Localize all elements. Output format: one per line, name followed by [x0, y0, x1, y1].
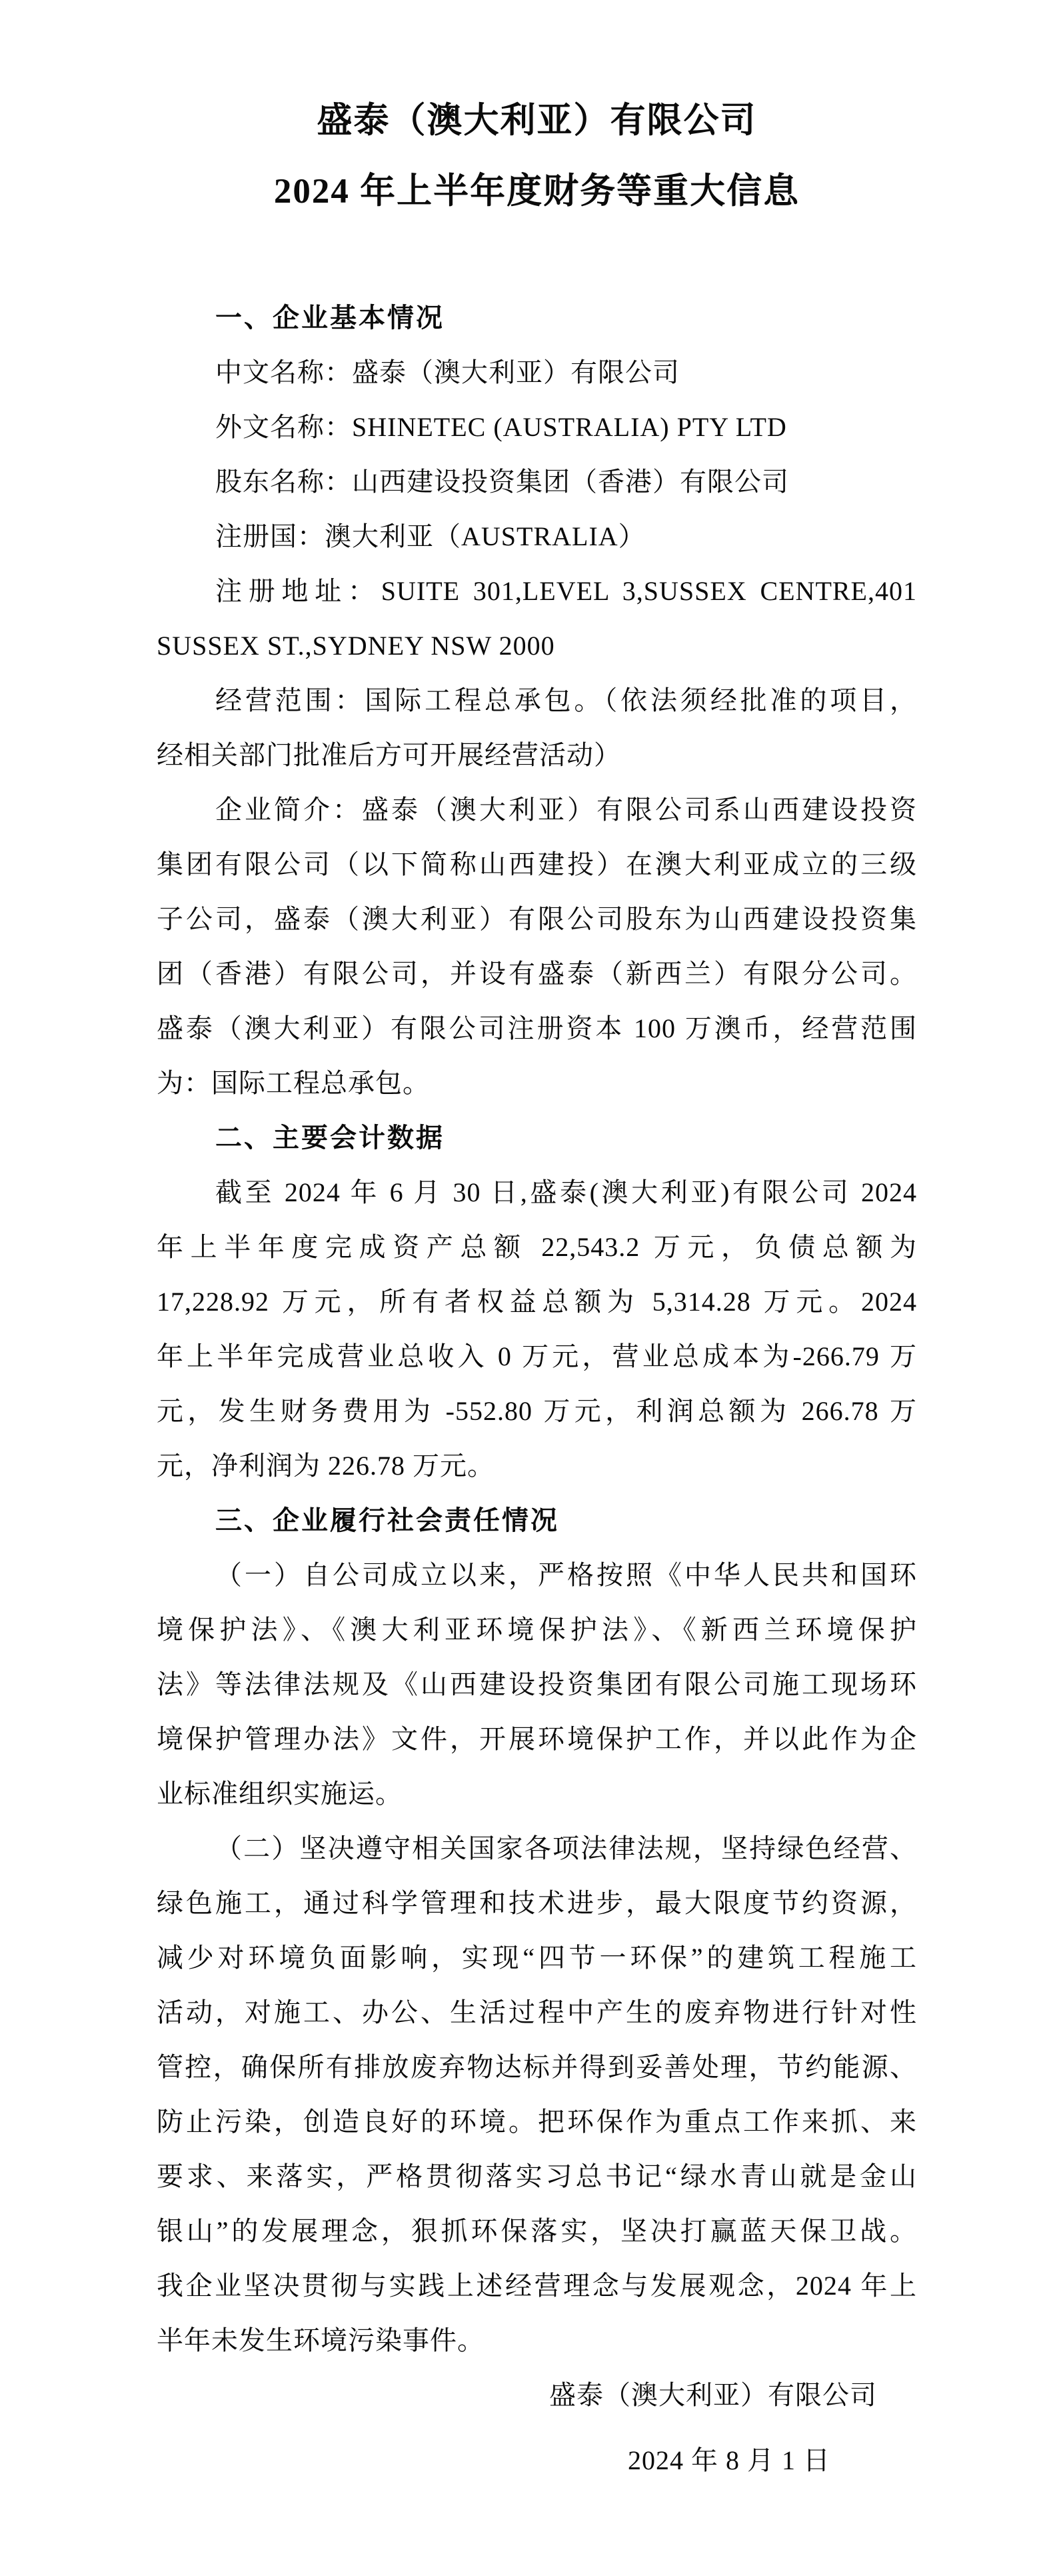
body-line-responsibility-10: 管控，确保所有排放废弃物达标并得到妥善处理，节约能源、 — [157, 2040, 917, 2095]
body-line-responsibility-12: 要求、来落实，严格贯彻落实习总书记“绿水青山就是金山 — [157, 2149, 917, 2204]
body-line-responsibility-15: 半年未发生环境污染事件。 — [157, 2313, 917, 2368]
body-line-responsibility-11: 防止污染，创造良好的环境。把环保作为重点工作来抓、来 — [157, 2095, 917, 2149]
section-1-heading: 一、企业基本情况 — [157, 291, 917, 345]
body-line-company-profile-2: 集团有限公司（以下简称山西建投）在澳大利亚成立的三级 — [157, 837, 917, 892]
body-line-registered-address-1: 注册地址：SUITE 301,LEVEL 3,SUSSEX CENTRE,401 — [157, 564, 917, 619]
body-line-chinese-name: 中文名称：盛泰（澳大利亚）有限公司 — [157, 345, 917, 400]
signature-date: 2024 年 8 月 1 日 — [157, 2433, 917, 2488]
body-line-responsibility-14: 我企业坚决贯彻与实践上述经营理念与发展观念，2024 年上 — [157, 2259, 917, 2313]
body-line-business-scope-1: 经营范围：国际工程总承包。（依法须经批准的项目， — [157, 673, 917, 728]
document-body: 一、企业基本情况 中文名称：盛泰（澳大利亚）有限公司 外文名称：SHINETEC… — [157, 291, 917, 2488]
body-line-registration-country: 注册国：澳大利亚（AUSTRALIA） — [157, 509, 917, 564]
body-line-accounting-2: 年上半年度完成资产总额 22,543.2 万元，负债总额为 — [157, 1220, 917, 1275]
body-line-responsibility-2: 境保护法》、《澳大利亚环境保护法》、《新西兰环境保护 — [157, 1603, 917, 1657]
body-line-responsibility-13: 银山”的发展理念，狠抓环保落实，坚决打赢蓝天保卫战。 — [157, 2204, 917, 2259]
body-line-responsibility-5: 业标准组织实施运。 — [157, 1767, 917, 1821]
body-line-responsibility-7: 绿色施工，通过科学管理和技术进步，最大限度节约资源， — [157, 1876, 917, 1931]
body-line-responsibility-8: 减少对环境负面影响，实现“四节一环保”的建筑工程施工 — [157, 1931, 917, 1985]
body-line-company-profile-1: 企业简介：盛泰（澳大利亚）有限公司系山西建设投资 — [157, 783, 917, 837]
body-line-company-profile-4: 团（香港）有限公司，并设有盛泰（新西兰）有限分公司。 — [157, 947, 917, 1001]
body-line-company-profile-3: 子公司，盛泰（澳大利亚）有限公司股东为山西建设投资集 — [157, 892, 917, 947]
document-title-line-1: 盛泰（澳大利亚）有限公司 — [157, 85, 917, 156]
section-2-heading: 二、主要会计数据 — [157, 1111, 917, 1165]
body-line-responsibility-3: 法》等法律法规及《山西建设投资集团有限公司施工现场环 — [157, 1657, 917, 1712]
signature-company: 盛泰（澳大利亚）有限公司 — [157, 2368, 917, 2423]
body-line-responsibility-4: 境保护管理办法》文件，开展环境保护工作，并以此作为企 — [157, 1712, 917, 1767]
body-line-accounting-4: 年上半年完成营业总收入 0 万元，营业总成本为-266.79 万 — [157, 1329, 917, 1384]
body-line-accounting-6: 元，净利润为 226.78 万元。 — [157, 1439, 917, 1493]
document-title: 盛泰（澳大利亚）有限公司 2024 年上半年度财务等重大信息 — [157, 85, 917, 227]
section-3-heading: 三、企业履行社会责任情况 — [157, 1493, 917, 1548]
body-line-shareholder-name: 股东名称：山西建设投资集团（香港）有限公司 — [157, 455, 917, 509]
body-line-registered-address-2: SUSSEX ST.,SYDNEY NSW 2000 — [157, 619, 917, 673]
document-page: 盛泰（澳大利亚）有限公司 2024 年上半年度财务等重大信息 一、企业基本情况 … — [0, 0, 1057, 2576]
body-line-company-profile-5: 盛泰（澳大利亚）有限公司注册资本 100 万澳币，经营范围 — [157, 1001, 917, 1056]
body-line-foreign-name: 外文名称：SHINETEC (AUSTRALIA) PTY LTD — [157, 400, 917, 455]
body-line-accounting-3: 17,228.92 万元，所有者权益总额为 5,314.28 万元。2024 — [157, 1275, 917, 1329]
body-line-responsibility-9: 活动，对施工、办公、生活过程中产生的废弃物进行针对性 — [157, 1985, 917, 2040]
body-line-business-scope-2: 经相关部门批准后方可开展经营活动） — [157, 728, 917, 783]
body-line-accounting-1: 截至 2024 年 6 月 30 日,盛泰(澳大利亚)有限公司 2024 — [157, 1165, 917, 1220]
body-line-company-profile-6: 为：国际工程总承包。 — [157, 1056, 917, 1111]
body-line-responsibility-6: （二）坚决遵守相关国家各项法律法规，坚持绿色经营、 — [157, 1821, 917, 1876]
body-line-responsibility-1: （一）自公司成立以来，严格按照《中华人民共和国环 — [157, 1548, 917, 1603]
document-title-line-2: 2024 年上半年度财务等重大信息 — [157, 156, 917, 227]
body-line-accounting-5: 元，发生财务费用为 -552.80 万元，利润总额为 266.78 万 — [157, 1384, 917, 1439]
